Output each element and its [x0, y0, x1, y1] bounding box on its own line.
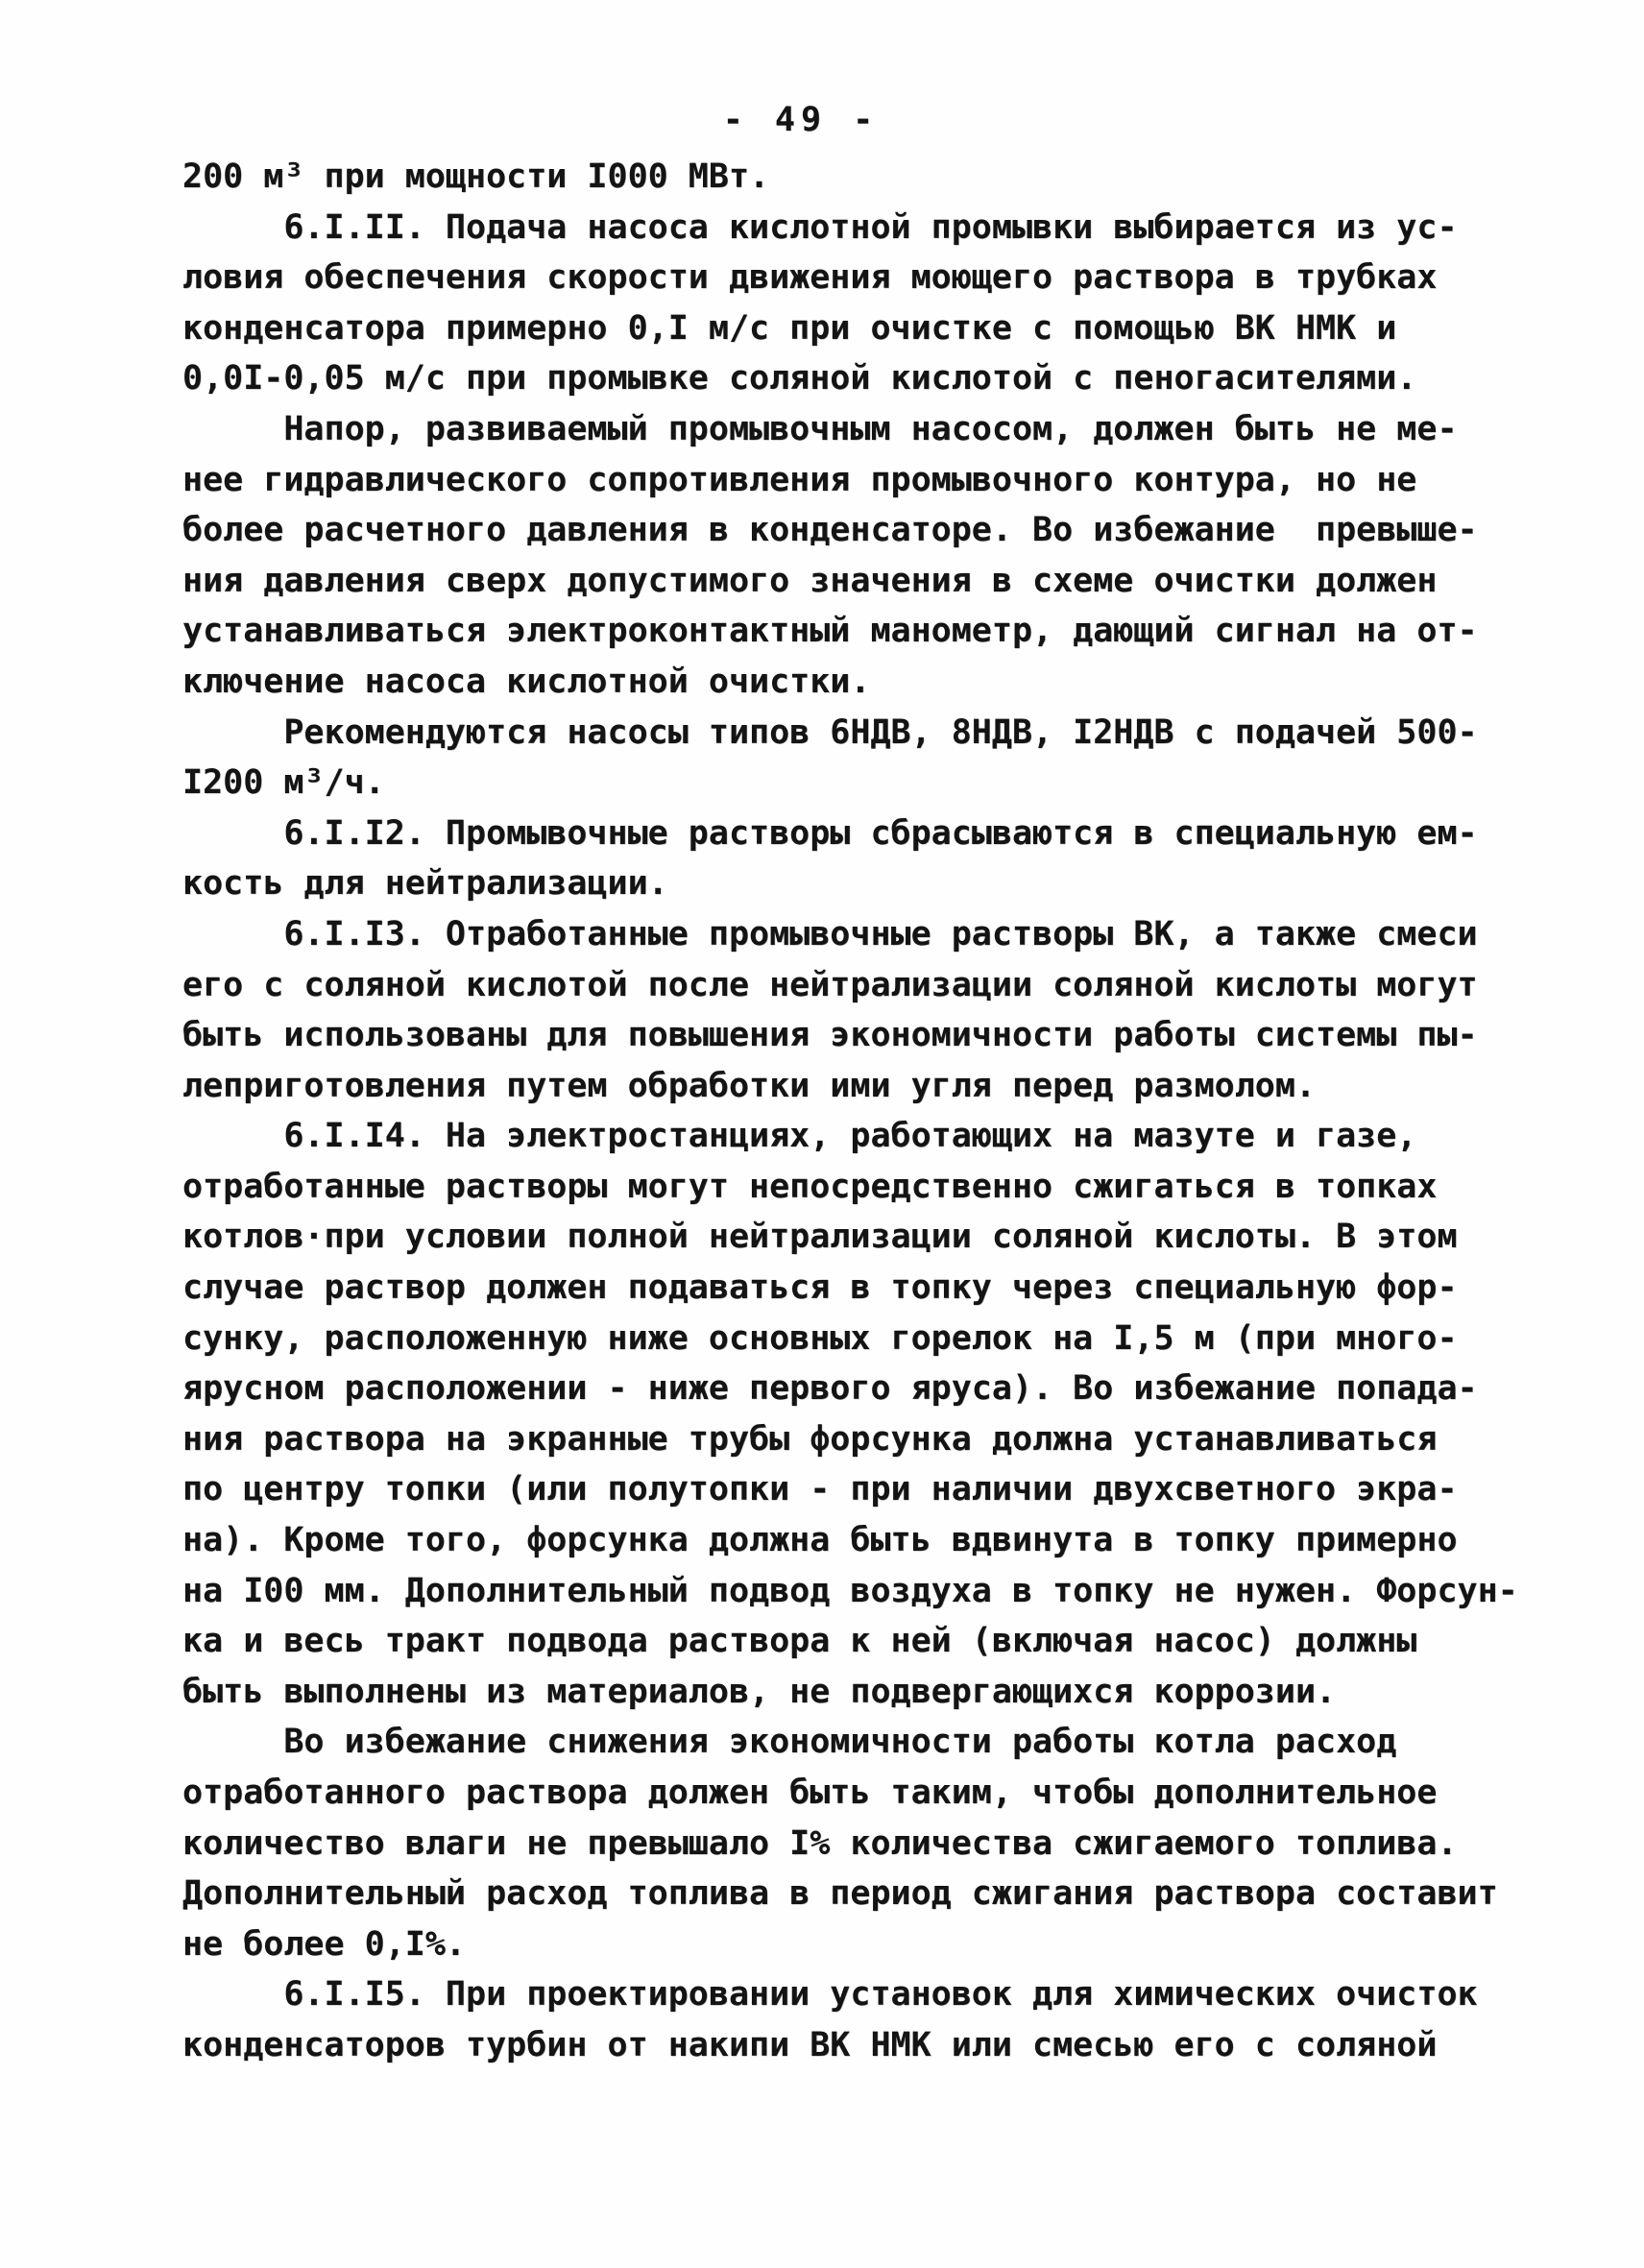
text-line: ловия обеспечения скорости движения моющ… — [182, 253, 1586, 303]
text-line: Напор, развиваемый промывочным насосом, … — [182, 404, 1586, 455]
text-line: Рекомендуются насосы типов 6НДВ, 8НДВ, I… — [182, 708, 1586, 759]
text-line: ярусном расположении - ниже первого ярус… — [182, 1363, 1586, 1414]
text-line: быть использованы для повышения экономич… — [182, 1010, 1586, 1061]
text-line: более расчетного давления в конденсаторе… — [182, 505, 1586, 556]
text-line: не более 0,I%. — [182, 1919, 1586, 1970]
text-line: по центру топки (или полутопки - при нал… — [182, 1464, 1586, 1515]
text-line: отработанного раствора должен быть таким… — [182, 1768, 1586, 1819]
text-line: 6.I.II. Подача насоса кислотной промывки… — [182, 203, 1586, 253]
scanned-document-page: - 49 - 200 м³ при мощности I000 МВт. 6.I… — [0, 0, 1644, 2268]
text-line: его с соляной кислотой после нейтрализац… — [182, 960, 1586, 1011]
text-line: конденсатора примерно 0,I м/с при очистк… — [182, 303, 1586, 354]
text-line: нее гидравлического сопротивления промыв… — [182, 455, 1586, 506]
text-line: 200 м³ при мощности I000 МВт. — [182, 152, 1586, 203]
text-line: отработанные растворы могут непосредстве… — [182, 1162, 1586, 1213]
text-line: 6.I.I2. Промывочные растворы сбрасываютс… — [182, 808, 1586, 859]
text-line: ния раствора на экранные трубы форсунка … — [182, 1414, 1586, 1465]
text-line: быть выполнены из материалов, не подверг… — [182, 1667, 1586, 1718]
page-number: - 49 - — [0, 95, 1623, 145]
text-line: Дополнительный расход топлива в период с… — [182, 1869, 1586, 1919]
text-line: устанавливаться электроконтактный маноме… — [182, 606, 1586, 657]
text-body: 200 м³ при мощности I000 МВт. 6.I.II. По… — [182, 152, 1586, 2071]
text-line: на). Кроме того, форсунка должна быть вд… — [182, 1515, 1586, 1566]
text-line: ния давления сверх допустимого значения … — [182, 556, 1586, 607]
text-line: на I00 мм. Дополнительный подвод воздуха… — [182, 1566, 1586, 1617]
text-line: Во избежание снижения экономичности рабо… — [182, 1717, 1586, 1768]
text-line: 0,0I-0,05 м/с при промывке соляной кисло… — [182, 353, 1586, 404]
text-line: котлов·при условии полной нейтрализации … — [182, 1212, 1586, 1263]
text-line: ка и весь тракт подвода раствора к ней (… — [182, 1616, 1586, 1667]
text-line: 6.I.I4. На электростанциях, работающих н… — [182, 1111, 1586, 1162]
text-line: количество влаги не превышало I% количес… — [182, 1819, 1586, 1870]
text-line: 6.I.I3. Отработанные промывочные раствор… — [182, 909, 1586, 960]
text-line: случае раствор должен подаваться в топку… — [182, 1263, 1586, 1314]
text-line: 6.I.I5. При проектировании установок для… — [182, 1969, 1586, 2020]
text-line: сунку, расположенную ниже основных горел… — [182, 1314, 1586, 1364]
text-line: леприготовления путем обработки ими угля… — [182, 1061, 1586, 1112]
text-line: конденсаторов турбин от накипи ВК НМК ил… — [182, 2020, 1586, 2071]
text-line: I200 м³/ч. — [182, 758, 1586, 808]
text-line: ключение насоса кислотной очистки. — [182, 657, 1586, 708]
text-line: кость для нейтрализации. — [182, 858, 1586, 909]
